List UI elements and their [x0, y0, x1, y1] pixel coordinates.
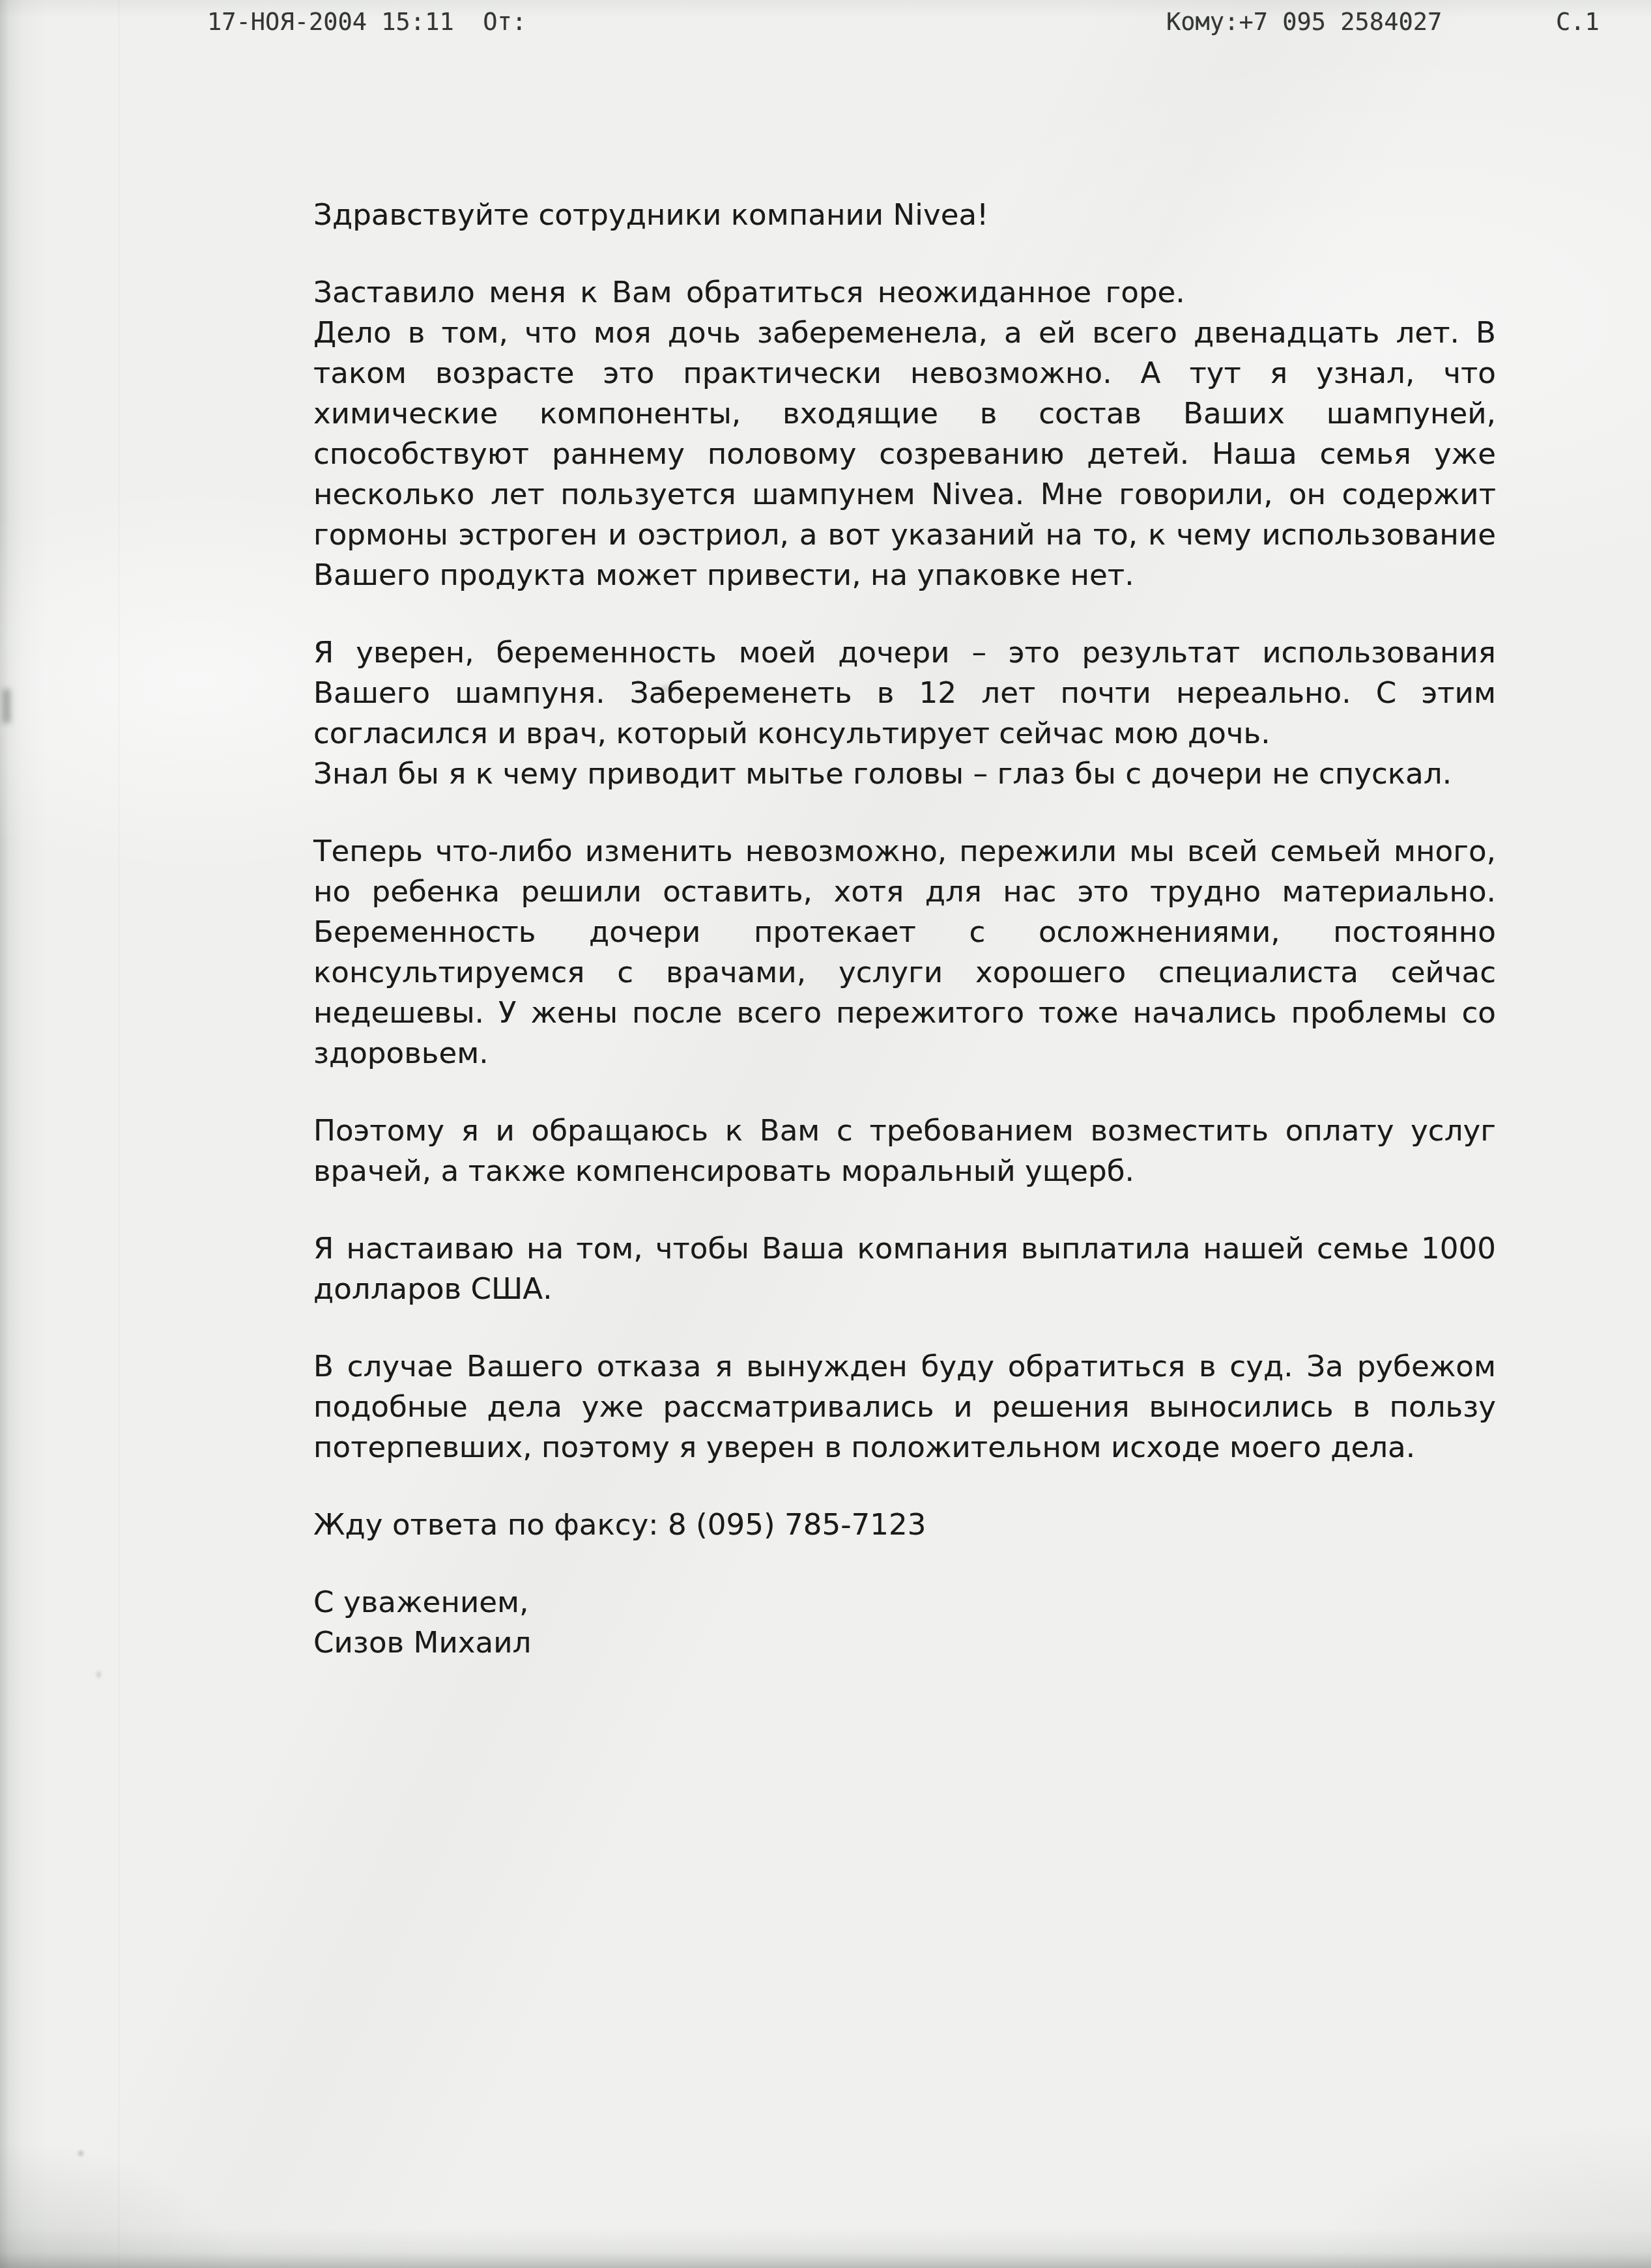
paragraph-court-threat: В случае Вашего отказа я вынужден буду о…	[313, 1346, 1496, 1467]
signature-name: Сизов Михаил	[313, 1623, 1496, 1663]
paragraph-opening: Заставило меня к Вам обратиться неожидан…	[313, 272, 1496, 313]
paragraph-complaint: Дело в том, что моя дочь забеременела, а…	[313, 313, 1496, 595]
paragraph-consequences: Теперь что-либо изменить невозможно, пер…	[313, 831, 1496, 1073]
paragraph-amount: Я настаиваю на том, чтобы Ваша компания …	[313, 1228, 1496, 1309]
fax-header-to-number: Кому:+7 095 2584027	[1166, 8, 1442, 36]
scan-artifact	[78, 2151, 83, 2156]
paragraph-certainty: Я уверен, беременность моей дочери – это…	[313, 632, 1496, 754]
scan-artifact	[3, 689, 10, 723]
greeting-line: Здравствуйте сотрудники компании Nivea!	[313, 195, 1496, 235]
scan-artifact	[96, 1671, 101, 1678]
paragraph-demand: Поэтому я и обращаюсь к Вам с требование…	[313, 1111, 1496, 1191]
fax-header-date-from: 17-НОЯ-2004 15:11 От:	[207, 8, 526, 36]
fax-page: 17-НОЯ-2004 15:11 От: Кому:+7 095 258402…	[0, 0, 1651, 2268]
scan-edge-seam	[119, 0, 119, 2268]
paragraph-regret: Знал бы я к чему приводит мытье головы –…	[313, 754, 1496, 794]
fax-header-page-number: С.1	[1556, 8, 1600, 36]
closing-line: С уважением,	[313, 1582, 1496, 1623]
letter-body: Здравствуйте сотрудники компании Nivea! …	[313, 195, 1496, 1700]
fax-reply-line: Жду ответа по факсу: 8 (095) 785-7123	[313, 1505, 1496, 1545]
fax-header: 17-НОЯ-2004 15:11 От: Кому:+7 095 258402…	[0, 8, 1651, 38]
